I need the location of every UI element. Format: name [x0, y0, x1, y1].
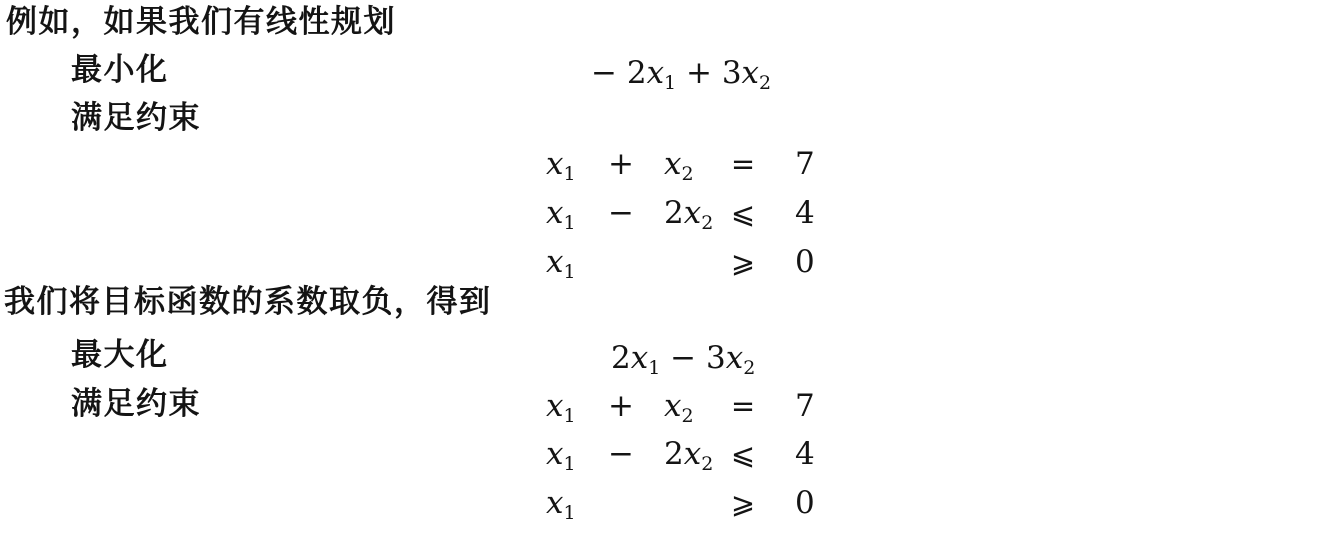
constraint-lhs: x1	[546, 486, 576, 520]
constraint-rhs: 0	[795, 486, 815, 520]
obj-max-sub1: 1	[648, 357, 660, 379]
constraint-rhs: 0	[795, 245, 815, 279]
intro-text: 例如，如果我们有线性规划	[6, 5, 396, 39]
negate-text: 我们将目标函数的系数取负，得到	[4, 285, 492, 319]
obj-min-text1: − 2	[591, 55, 647, 91]
relation-sign: ⩽	[720, 196, 766, 230]
obj-min-sub2: 2	[759, 72, 771, 94]
constraint-lhs: x1	[546, 196, 576, 230]
objective-minimize: − 2x1 + 3x2	[591, 56, 771, 90]
relation-sign: =	[720, 389, 766, 423]
operator-sign: +	[604, 147, 638, 181]
obj-max-text1: 2	[611, 340, 631, 376]
constraint-lhs: x1	[546, 147, 576, 181]
constraint-row: x1 + x2 = 7	[0, 389, 1330, 425]
obj-min-var2: x	[742, 55, 759, 91]
obj-max-var2: x	[726, 340, 743, 376]
constraint-lhs: x1	[546, 245, 576, 279]
constraint-term: x2	[664, 389, 694, 423]
constraint-row: x1 ⩾ 0	[0, 486, 1330, 522]
constraint-rhs: 7	[795, 389, 815, 423]
constraint-rhs: 4	[795, 437, 815, 471]
objective-maximize: 2x1 − 3x2	[611, 341, 755, 375]
constraint-row: x1 − 2x2 ⩽ 4	[0, 196, 1330, 232]
minimize-label: 最小化	[71, 53, 169, 87]
constraint-lhs: x1	[546, 389, 576, 423]
constraint-rhs: 4	[795, 196, 815, 230]
operator-sign: −	[604, 196, 638, 230]
constraint-row: x1 ⩾ 0	[0, 245, 1330, 281]
obj-max-var1: x	[631, 340, 648, 376]
maximize-label: 最大化	[71, 338, 169, 372]
obj-min-sub1: 1	[664, 72, 676, 94]
operator-sign: −	[604, 437, 638, 471]
operator-sign: +	[604, 389, 638, 423]
constraint-rhs: 7	[795, 147, 815, 181]
constraint-lhs: x1	[546, 437, 576, 471]
constraint-term: x2	[664, 147, 694, 181]
obj-min-var1: x	[647, 55, 664, 91]
relation-sign: =	[720, 147, 766, 181]
constraint-row: x1 + x2 = 7	[0, 147, 1330, 183]
relation-sign: ⩾	[720, 486, 766, 520]
constraint-term: 2x2	[664, 196, 713, 230]
constraint-term: 2x2	[664, 437, 713, 471]
subject-to-label-1: 满足约束	[71, 101, 201, 135]
obj-max-sub2: 2	[743, 357, 755, 379]
constraint-row: x1 − 2x2 ⩽ 4	[0, 437, 1330, 473]
obj-min-text2: + 3	[676, 55, 741, 91]
document-page: 例如，如果我们有线性规划 最小化 − 2x1 + 3x2 满足约束 x1 + x…	[0, 0, 1330, 533]
obj-max-text2: − 3	[660, 340, 725, 376]
relation-sign: ⩽	[720, 437, 766, 471]
relation-sign: ⩾	[720, 245, 766, 279]
